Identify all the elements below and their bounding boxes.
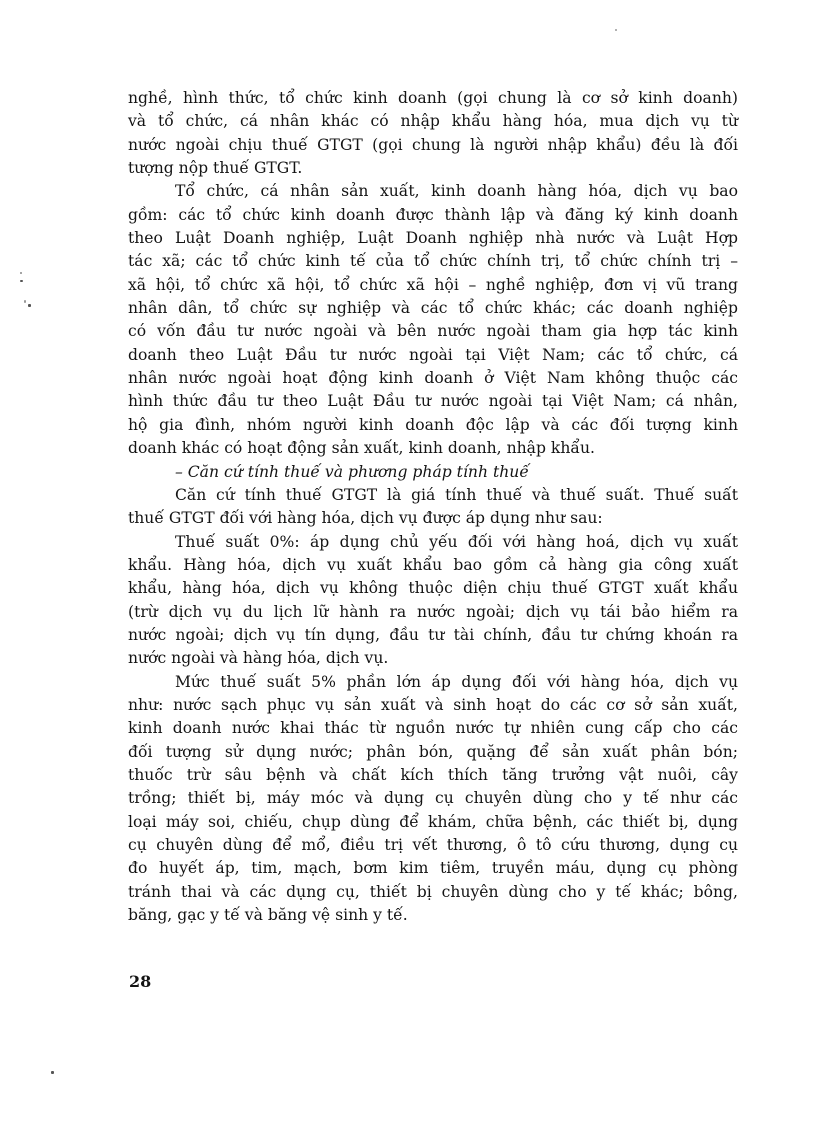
scan-speck bbox=[20, 280, 23, 282]
scan-speck bbox=[28, 304, 31, 307]
text-line: nghề, hình thức, tổ chức kinh doanh (gọi… bbox=[128, 87, 738, 110]
text-line: thuốc trừ sâu bệnh và chất kích thích tă… bbox=[128, 764, 738, 787]
text-line: Thuế suất 0%: áp dụng chủ yếu đối với hà… bbox=[128, 531, 738, 554]
text-line: Tổ chức, cá nhân sản xuất, kinh doanh hà… bbox=[128, 180, 738, 203]
scan-speck bbox=[24, 300, 26, 303]
text-line: như: nước sạch phục vụ sản xuất và sinh … bbox=[128, 694, 738, 717]
text-line: (trừ dịch vụ du lịch lữ hành ra nước ngo… bbox=[128, 601, 738, 624]
text-line: gồm: các tổ chức kinh doanh được thành l… bbox=[128, 204, 738, 227]
text-line: nước ngoài; dịch vụ tín dụng, đầu tư tài… bbox=[128, 624, 738, 647]
text-line: hình thức đầu tư theo Luật Đầu tư nước n… bbox=[128, 390, 738, 413]
text-line: đo huyết áp, tim, mạch, bơm kim tiêm, tr… bbox=[128, 857, 738, 880]
text-line: theo Luật Doanh nghiệp, Luật Doanh nghiệ… bbox=[128, 227, 738, 250]
text-line: hộ gia đình, nhóm người kinh doanh độc l… bbox=[128, 414, 738, 437]
body-text: nghề, hình thức, tổ chức kinh doanh (gọi… bbox=[128, 87, 738, 927]
scan-speck bbox=[51, 1071, 54, 1074]
text-line: doanh theo Luật Đầu tư nước ngoài tại Vi… bbox=[128, 344, 738, 367]
page-number: 28 bbox=[129, 972, 151, 991]
text-line: cụ chuyên dùng để mổ, điều trị vết thươn… bbox=[128, 834, 738, 857]
text-line: khẩu. Hàng hóa, dịch vụ xuất khẩu bao gồ… bbox=[128, 554, 738, 577]
text-line: nước ngoài chịu thuế GTGT (gọi chung là … bbox=[128, 134, 738, 157]
document-page: nghề, hình thức, tổ chức kinh doanh (gọi… bbox=[0, 0, 816, 1123]
section-heading: – Căn cứ tính thuế và phương pháp tính t… bbox=[128, 461, 738, 484]
text-line: khẩu, hàng hóa, dịch vụ không thuộc diện… bbox=[128, 577, 738, 600]
text-line: nhân dân, tổ chức sự nghiệp và các tổ ch… bbox=[128, 297, 738, 320]
text-line: và tổ chức, cá nhân khác có nhập khẩu hà… bbox=[128, 110, 738, 133]
scan-speck bbox=[20, 272, 22, 274]
text-line: tránh thai và các dụng cụ, thiết bị chuy… bbox=[128, 881, 738, 904]
text-line: loại máy soi, chiếu, chụp dùng để khám, … bbox=[128, 811, 738, 834]
text-line: doanh khác có hoạt động sản xuất, kinh d… bbox=[128, 437, 738, 460]
text-line: tượng nộp thuế GTGT. bbox=[128, 157, 738, 180]
text-line: có vốn đầu tư nước ngoài và bên nước ngo… bbox=[128, 320, 738, 343]
scan-speck bbox=[615, 29, 617, 31]
text-line: nước ngoài và hàng hóa, dịch vụ. bbox=[128, 647, 738, 670]
text-line: nhân nước ngoài hoạt động kinh doanh ở V… bbox=[128, 367, 738, 390]
text-line: Mức thuế suất 5% phần lớn áp dụng đối vớ… bbox=[128, 671, 738, 694]
text-line: kinh doanh nước khai thác từ nguồn nước … bbox=[128, 717, 738, 740]
text-line: tác xã; các tổ chức kinh tế của tổ chức … bbox=[128, 250, 738, 273]
text-line: xã hội, tổ chức xã hội, tổ chức xã hội –… bbox=[128, 274, 738, 297]
text-line: thuế GTGT đối với hàng hóa, dịch vụ được… bbox=[128, 507, 738, 530]
text-line: băng, gạc y tế và băng vệ sinh y tế. bbox=[128, 904, 738, 927]
text-line: trồng; thiết bị, máy móc và dụng cụ chuy… bbox=[128, 787, 738, 810]
text-line: đối tượng sử dụng nước; phân bón, quặng … bbox=[128, 741, 738, 764]
text-line: Căn cứ tính thuế GTGT là giá tính thuế v… bbox=[128, 484, 738, 507]
